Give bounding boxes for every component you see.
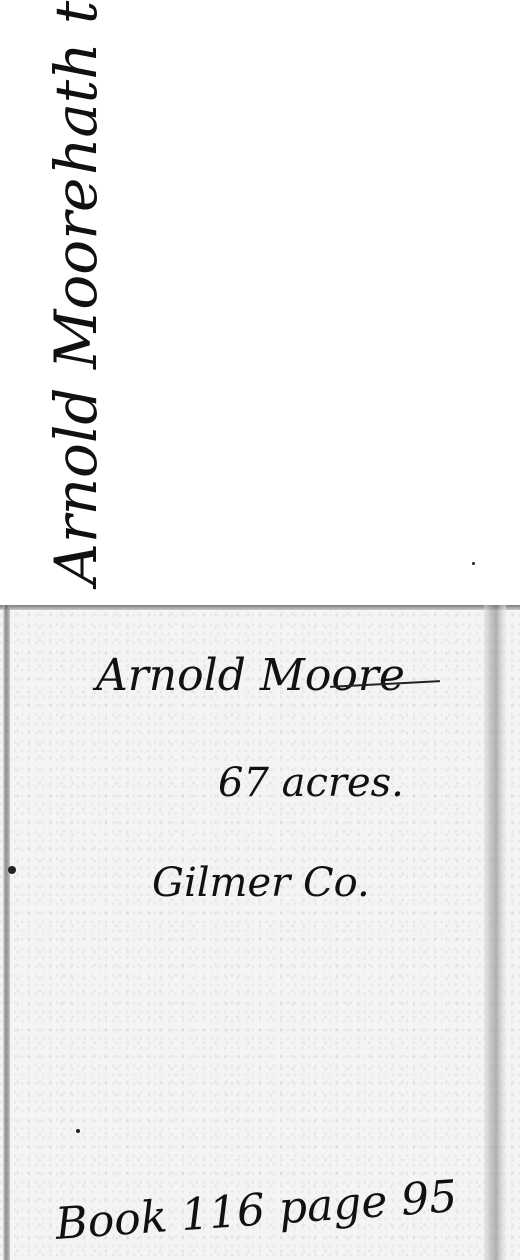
docket-card xyxy=(0,605,520,1260)
card-left-edge xyxy=(3,605,10,1260)
acreage-text: 67 acres. xyxy=(218,760,404,806)
rotated-continuation-text: hath th xyxy=(42,0,110,175)
ink-speck xyxy=(76,1129,80,1133)
card-top-edge xyxy=(0,605,520,610)
ink-blot xyxy=(8,866,16,874)
county-text: Gilmer Co. xyxy=(152,860,370,906)
top-page-fragment: Arnold Moore hath th xyxy=(0,0,520,600)
rotated-name-text: Arnold Moore xyxy=(42,178,110,585)
grantee-name: Arnold Moore xyxy=(96,650,405,701)
card-right-edge xyxy=(484,605,506,1260)
ink-speck xyxy=(472,562,475,565)
